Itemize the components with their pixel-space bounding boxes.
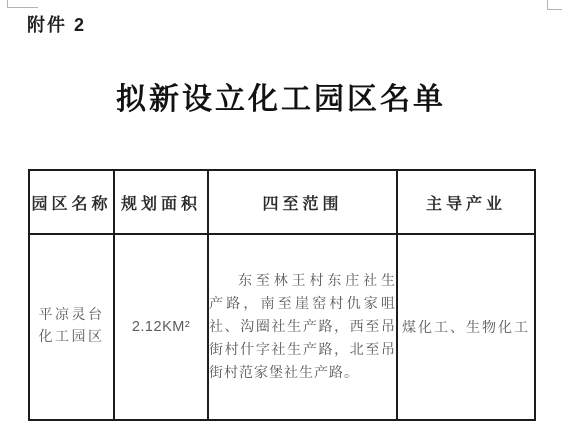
parks-table: 园区名称 规划面积 四至范围 主导产业 平凉灵台 化工园区 2.12KM² 东至…	[28, 169, 536, 421]
boundary-line-3: 社、沟圈社生产路，西至吊	[209, 316, 396, 339]
page-title: 拟新设立化工园区名单	[0, 74, 562, 118]
column-header-boundary: 四至范围	[208, 170, 397, 234]
column-header-planned-area: 规划面积	[114, 170, 208, 234]
boundary-line-2: 产路，南至崖窑村仇家咀	[209, 293, 396, 316]
table-row: 平凉灵台 化工园区 2.12KM² 东至林王村东庄社生 产路，南至崖窑村仇家咀 …	[29, 234, 535, 420]
park-name-line-2: 化工园区	[30, 327, 113, 349]
boundary-line-4: 街村什字社生产路，北至吊	[209, 339, 396, 362]
column-header-park-name: 园区名称	[29, 170, 114, 234]
boundary-line-5: 街村范家堡社生产路。	[209, 362, 396, 385]
park-name-line-1: 平凉灵台	[30, 305, 113, 327]
cell-boundary: 东至林王村东庄社生 产路，南至崖窑村仇家咀 社、沟圈社生产路，西至吊 街村什字社…	[208, 234, 397, 420]
cell-planned-area: 2.12KM²	[114, 234, 208, 420]
column-header-main-industry: 主导产业	[397, 170, 535, 234]
document-page: 附件 2 拟新设立化工园区名单 园区名称 规划面积 四至范围 主导产业 平凉灵台…	[0, 0, 562, 444]
cell-park-name: 平凉灵台 化工园区	[29, 234, 114, 420]
table-header-row: 园区名称 规划面积 四至范围 主导产业	[29, 170, 535, 234]
page-corner-mark-top-right	[547, 0, 562, 10]
boundary-line-1: 东至林王村东庄社生	[209, 270, 396, 293]
page-corner-mark-top-left	[7, 0, 38, 8]
cell-main-industry: 煤化工、生物化工	[397, 234, 535, 420]
attachment-label: 附件 2	[27, 11, 86, 37]
